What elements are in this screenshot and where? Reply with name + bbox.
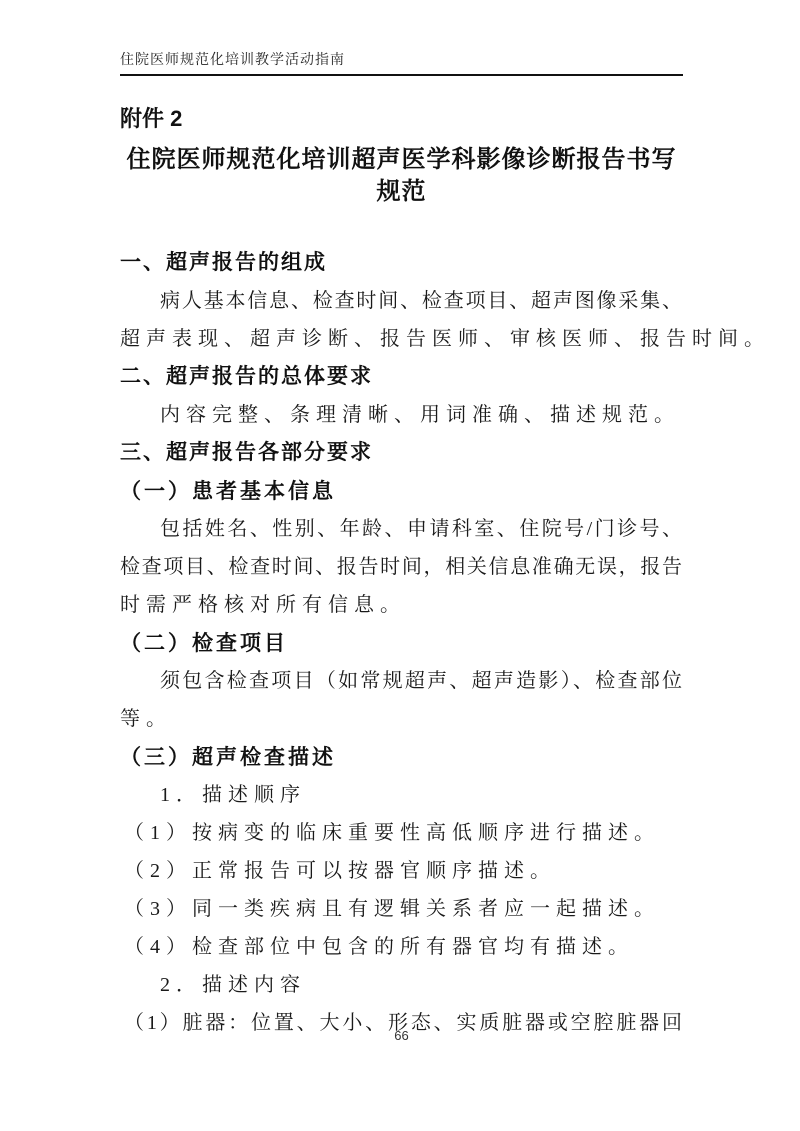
subsection-3-3-heading: （三）超声检查描述 [120,738,683,776]
attachment-label: 附件 2 [120,106,683,132]
subsection-3-2-heading: （二）检查项目 [120,624,683,662]
document-page: 住院医师规范化培训教学活动指南 附件 2 住院医师规范化培训超声医学科影像诊断报… [0,0,800,1131]
section-1-line-2: 超声表现、超声诊断、报告医师、审核医师、报告时间。 [120,320,683,358]
section-1-line-1: 病人基本信息、检查时间、检查项目、超声图像采集、 [120,282,683,320]
page-number: 66 [120,1028,683,1043]
section-1-heading: 一、超声报告的组成 [120,244,683,282]
document-body: 一、超声报告的组成 病人基本信息、检查时间、检查项目、超声图像采集、 超声表现、… [120,244,683,1042]
document-title: 住院医师规范化培训超声医学科影像诊断报告书写规范 [120,144,683,208]
section-2-heading: 二、超声报告的总体要求 [120,358,683,396]
section-3-heading: 三、超声报告各部分要求 [120,434,683,472]
running-header: 住院医师规范化培训教学活动指南 [120,52,683,76]
subsection-3-1-line-2: 检查项目、检查时间、报告时间，相关信息准确无误，报告 [120,548,683,586]
list-item-1-subitem-3: （3）同一类疾病且有逻辑关系者应一起描述。 [120,890,683,928]
list-item-2-label: 2．描述内容 [120,966,683,1004]
list-item-1-label: 1．描述顺序 [120,776,683,814]
page-content: 住院医师规范化培训教学活动指南 附件 2 住院医师规范化培训超声医学科影像诊断报… [120,52,683,1042]
section-2-line-1: 内容完整、条理清晰、用词准确、描述规范。 [120,396,683,434]
subsection-3-1-line-1: 包括姓名、性别、年龄、申请科室、住院号/门诊号、 [120,510,683,548]
subsection-3-1-line-3: 时需严格核对所有信息。 [120,586,683,624]
list-item-1-subitem-2: （2）正常报告可以按器官顺序描述。 [120,852,683,890]
subsection-3-2-line-2: 等。 [120,700,683,738]
subsection-3-2-line-1: 须包含检查项目（如常规超声、超声造影）、检查部位 [120,662,683,700]
subsection-3-1-heading: （一）患者基本信息 [120,472,683,510]
list-item-1-subitem-4: （4）检查部位中包含的所有器官均有描述。 [120,928,683,966]
list-item-1-subitem-1: （1）按病变的临床重要性高低顺序进行描述。 [120,814,683,852]
